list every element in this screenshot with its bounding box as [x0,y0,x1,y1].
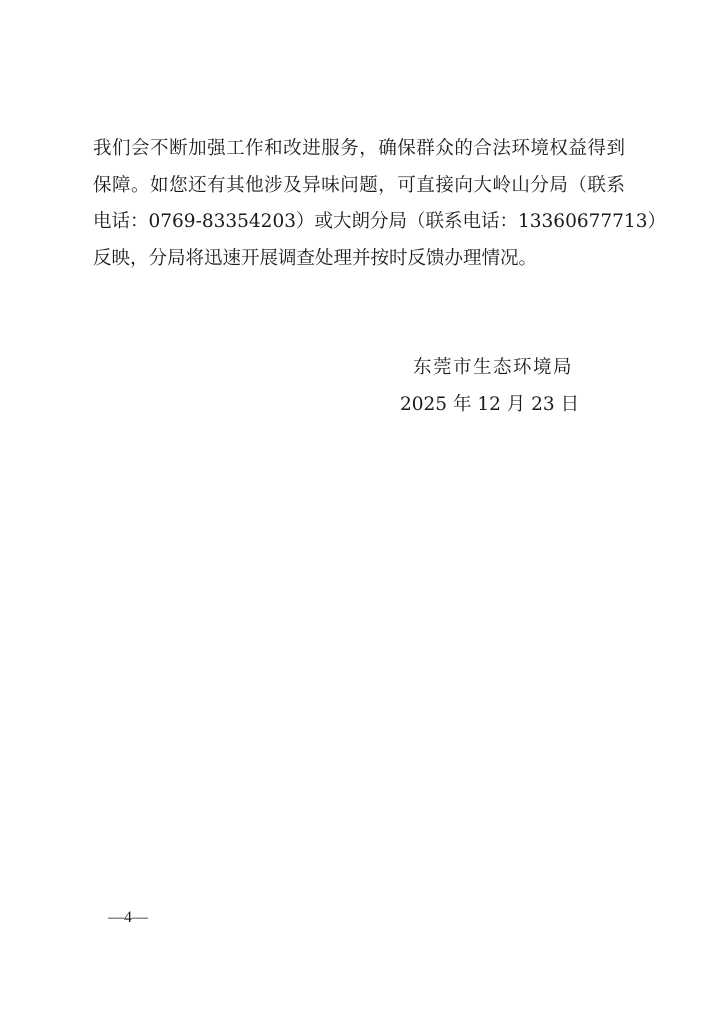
paragraph-line-4: 反映，分局将迅速开展调查处理并按时反馈办理情况。 [93,241,633,278]
paragraph-line-3: 电话：0769-83354203）或大朗分局（联系电话：13360677713） [93,204,625,241]
paragraph-line-2: 保障。如您还有其他涉及异味问题，可直接向大岭山分局（联系 [93,168,625,205]
document-page: 我们会不断加强工作和改进服务，确保群众的合法环境权益得到 保障。如您还有其他涉及… [0,0,720,1018]
body-paragraph: 我们会不断加强工作和改进服务，确保群众的合法环境权益得到 保障。如您还有其他涉及… [93,131,633,277]
signature-organization: 东莞市生态环境局 [400,349,600,386]
signature-date: 2025 年 12 月 23 日 [400,386,600,423]
paragraph-line-1: 我们会不断加强工作和改进服务，确保群众的合法环境权益得到 [93,131,625,168]
signature-block: 东莞市生态环境局 2025 年 12 月 23 日 [400,349,600,423]
page-number: —4— [108,908,148,928]
